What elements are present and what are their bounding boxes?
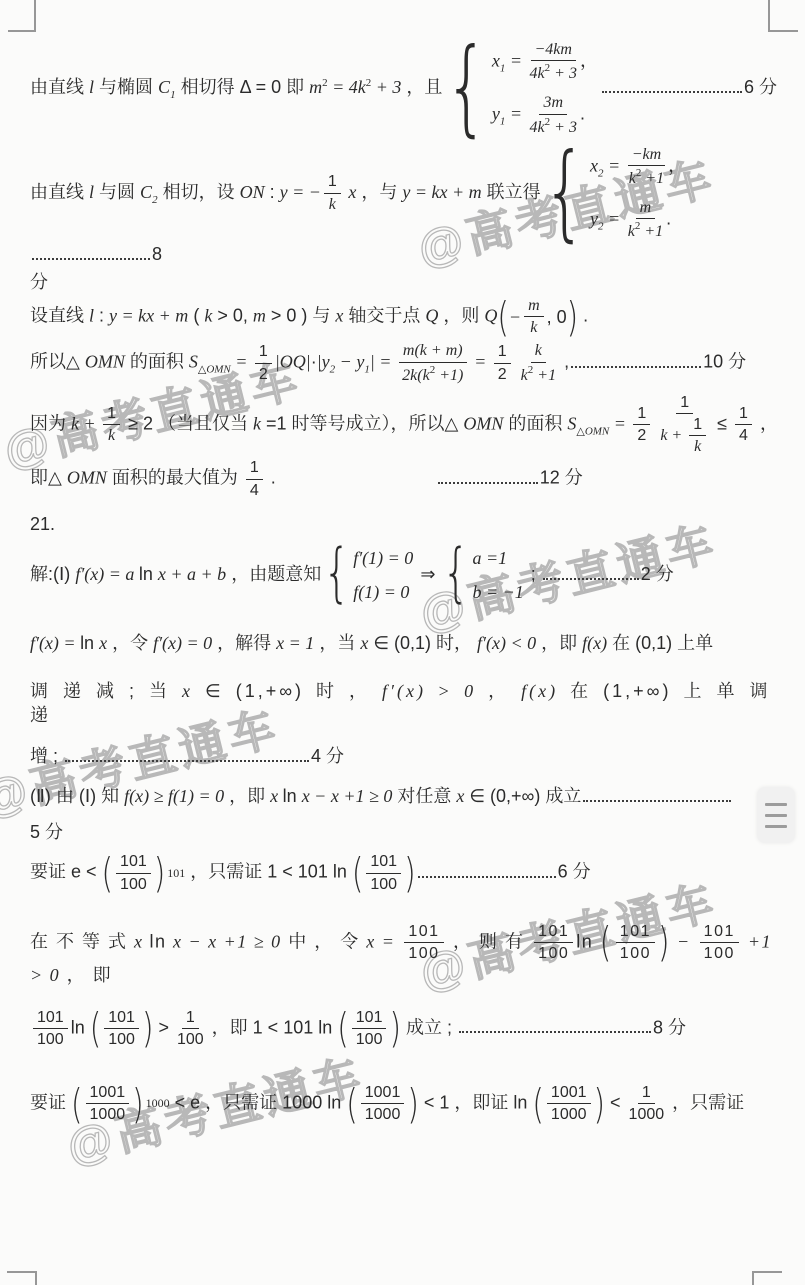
fraction: mk2 +1 bbox=[628, 198, 663, 241]
math-line: 设直线 l : y = kx + m ( k > 0, m > 0 ) 与 x … bbox=[30, 296, 779, 337]
fraction: 12 bbox=[494, 342, 511, 383]
equation-system: {a =1b = −1 bbox=[442, 546, 523, 605]
parenthesized-expression: (101100) bbox=[337, 1008, 401, 1049]
hamburger-icon-bar bbox=[765, 814, 787, 817]
parenthesized-expression: (101100) bbox=[90, 1008, 154, 1049]
fraction: 101100 bbox=[352, 1008, 387, 1049]
dotted-leader bbox=[32, 255, 150, 260]
math-line: 5 分 bbox=[30, 820, 779, 844]
dotted-leader bbox=[438, 479, 538, 484]
hamburger-icon bbox=[765, 803, 787, 806]
fraction: m(k + m)2k(k2 +1) bbox=[399, 341, 467, 384]
fraction: 101100 bbox=[33, 1008, 68, 1049]
dotted-leader bbox=[543, 575, 639, 580]
solution-text: 由直线 l 与椭圆 C1 相切得 Δ = 0 即 m2 = 4k2 + 3 ，且… bbox=[0, 0, 805, 1124]
math-line: 由直线 l 与圆 C2 相切，设 ON : y = −1k x ，与 y = k… bbox=[30, 145, 779, 266]
fraction: 3m4k2 + 3 bbox=[530, 93, 577, 136]
fraction: 10011000 bbox=[547, 1083, 591, 1124]
fraction: 11000 bbox=[629, 1083, 665, 1124]
crop-mark-bottom-left bbox=[7, 1271, 37, 1285]
fraction: 1k bbox=[689, 415, 706, 456]
parenthesized-expression: (101100) bbox=[352, 852, 416, 893]
math-line: 在 不 等 式 x ln x − x +1 ≥ 0 中 ， 令 x = 1011… bbox=[30, 922, 779, 988]
fraction: kk2 +1 bbox=[521, 341, 556, 384]
document-page: @高考直通车@高考直通车@高考直通车@高考直通车@高考直通车@高考直通车 由直线… bbox=[0, 0, 805, 1285]
math-line: 增 ; 4 分 bbox=[30, 744, 779, 768]
parenthesized-expression: (10011000) bbox=[532, 1083, 605, 1124]
fraction: 101100 bbox=[104, 1008, 139, 1049]
equation-system: {x1 = −4km4k2 + 3，y1 = 3m4k2 + 3. bbox=[444, 40, 598, 137]
equation-system: {f′(1) = 0f(1) = 0 bbox=[323, 546, 413, 605]
dotted-leader bbox=[583, 797, 731, 802]
math-line: 要证 e < (101100)101 ，只需证 1 < 101 ln (1011… bbox=[30, 852, 779, 893]
fraction: 12 bbox=[255, 342, 272, 383]
fraction: 101100 bbox=[366, 852, 401, 893]
parenthesized-expression: (10011000)1000 bbox=[71, 1083, 170, 1124]
hamburger-icon-bar bbox=[765, 825, 787, 828]
parenthesized-expression: (101100) bbox=[600, 922, 671, 963]
math-line: 解:(Ⅰ) f′(x) = a ln x + a + b ，由题意知{f′(1)… bbox=[30, 546, 779, 605]
fraction: 12 bbox=[633, 404, 650, 445]
math-line: 调 递 减 ; 当 x ∈ (1,+∞) 时 ， f′(x) > 0 ， f(x… bbox=[30, 679, 779, 728]
fraction: 1100 bbox=[177, 1008, 204, 1049]
dotted-leader bbox=[459, 1028, 651, 1033]
fraction: 1k + 1k bbox=[660, 393, 709, 457]
fraction: 101100 bbox=[116, 852, 151, 893]
math-line: 即△ OMN 面积的最大值为 14 .12 分 bbox=[30, 458, 779, 499]
math-line: 101100ln (101100) > 1100 ，即 1 < 101 ln (… bbox=[30, 1008, 779, 1049]
fraction: 14 bbox=[246, 458, 263, 499]
dotted-leader bbox=[571, 363, 701, 368]
fraction: 101100 bbox=[534, 922, 573, 963]
parenthesized-expression: (10011000) bbox=[346, 1083, 419, 1124]
math-line: 分 bbox=[30, 270, 779, 294]
parenthesized-expression: (101100)101 bbox=[102, 852, 186, 893]
dotted-leader bbox=[65, 757, 309, 762]
math-line: 要证 (10011000)1000 < e ，只需证 1000 ln (1001… bbox=[30, 1083, 779, 1124]
fraction: −4km4k2 + 3 bbox=[530, 40, 577, 83]
fraction: 14 bbox=[735, 404, 752, 445]
math-line: 所以△ OMN 的面积 S△OMN = 12|OQ|·|y2 − y1| = m… bbox=[30, 341, 779, 384]
math-line: 因为 k + 1k ≥ 2 （当且仅当 k =1 时等号成立），所以△ OMN … bbox=[30, 393, 779, 457]
math-line: 由直线 l 与椭圆 C1 相切得 Δ = 0 即 m2 = 4k2 + 3 ，且… bbox=[30, 40, 779, 137]
fraction: −kmk2 +1 bbox=[628, 145, 665, 188]
fraction: 1k bbox=[103, 404, 120, 445]
equation-system: {x2 = −kmk2 +1，y2 = mk2 +1. bbox=[543, 145, 687, 242]
parenthesized-expression: (−mk, 0) bbox=[497, 296, 578, 337]
dotted-leader bbox=[418, 873, 556, 878]
fraction: mk bbox=[524, 296, 544, 337]
fraction: 101100 bbox=[616, 922, 655, 963]
fraction: 101100 bbox=[404, 922, 443, 963]
fraction: 10011000 bbox=[86, 1083, 130, 1124]
crop-mark-bottom-right bbox=[752, 1271, 782, 1285]
fraction: 1k bbox=[324, 172, 341, 213]
dotted-leader bbox=[602, 88, 742, 93]
math-line: (Ⅱ) 由 (Ⅰ) 知 f(x) ≥ f(1) = 0 ，即 x ln x − … bbox=[30, 784, 779, 808]
menu-button[interactable] bbox=[757, 787, 795, 843]
math-line: f′(x) = ln x ，令 f′(x) = 0 ，解得 x = 1 ，当 x… bbox=[30, 631, 779, 655]
fraction: 10011000 bbox=[361, 1083, 405, 1124]
fraction: 101100 bbox=[700, 922, 739, 963]
math-line: 21. bbox=[30, 512, 779, 536]
